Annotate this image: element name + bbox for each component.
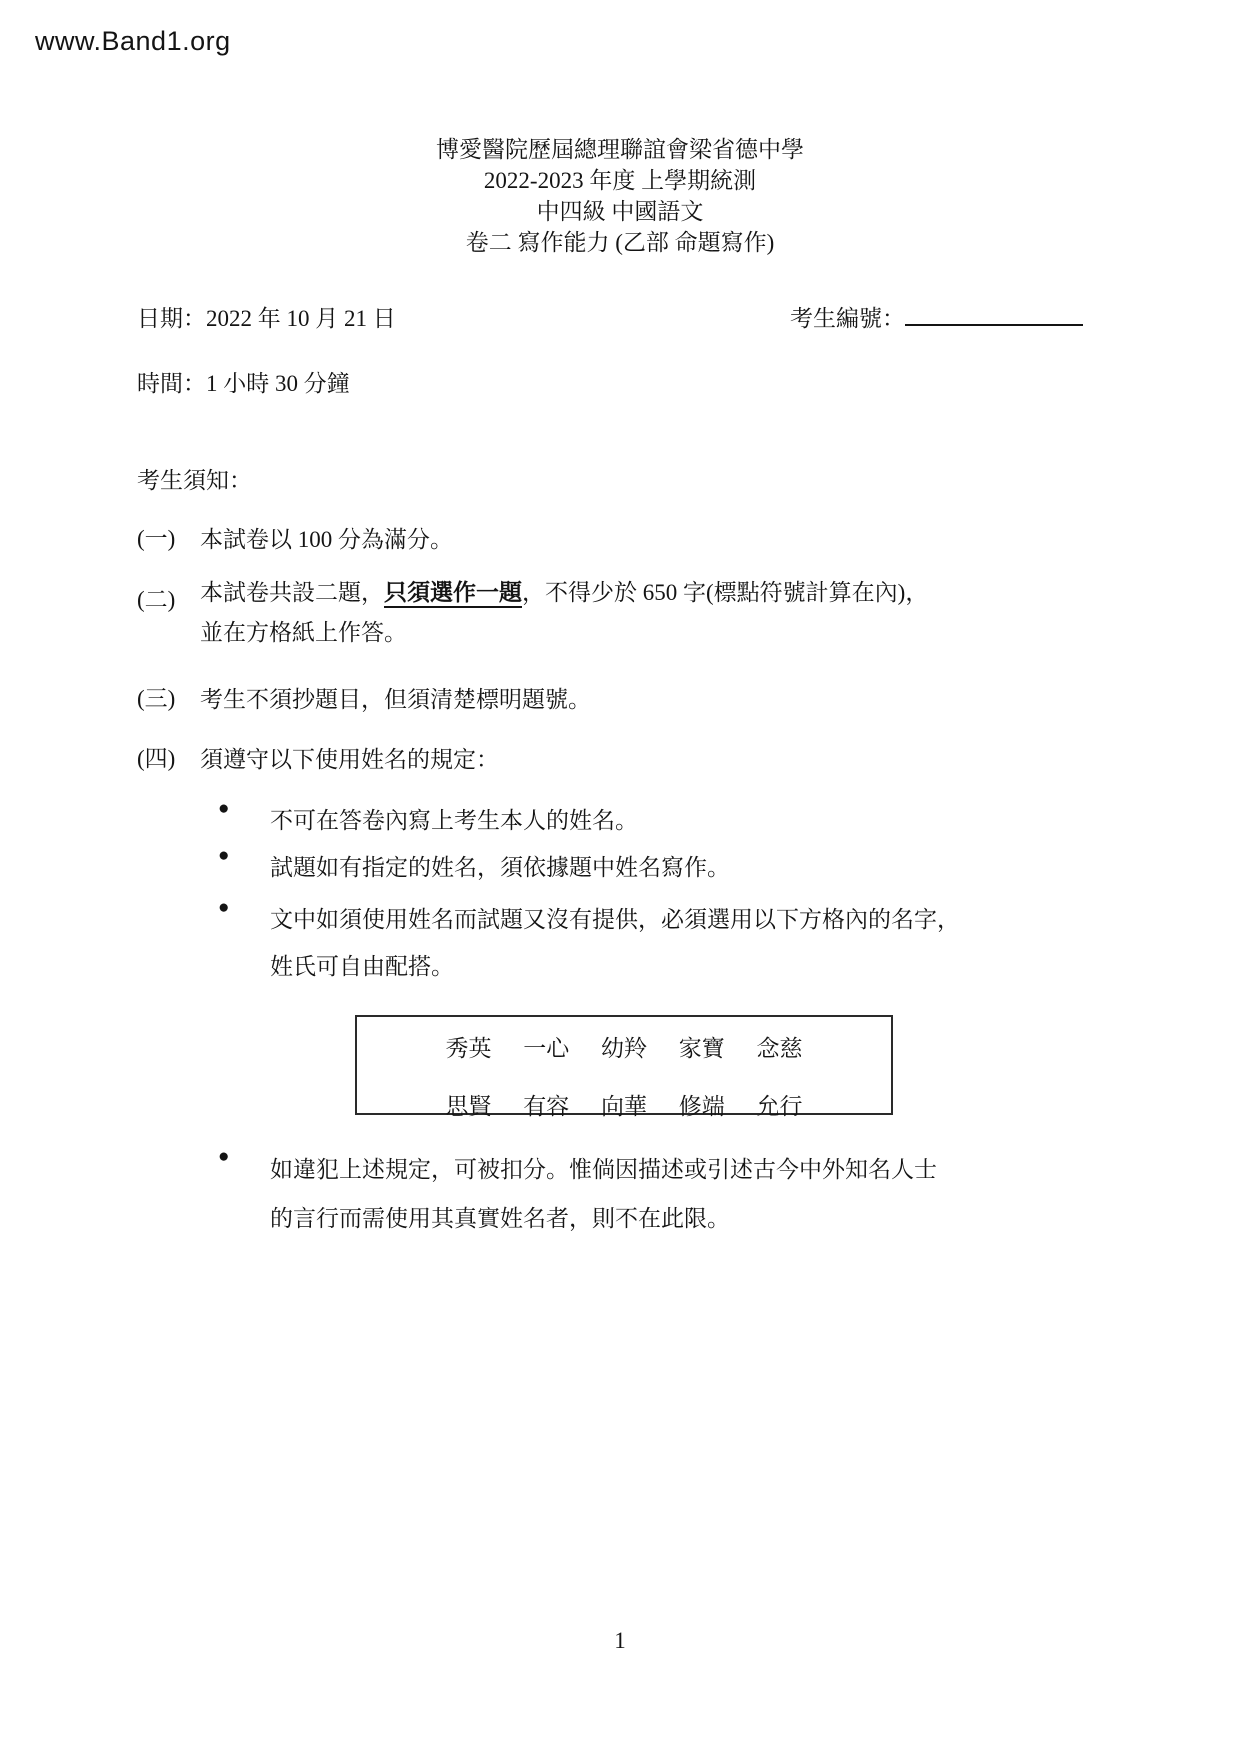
given-name: 向華 [601, 1088, 647, 1121]
given-name: 家寶 [679, 1030, 725, 1063]
candidate-number-blank [905, 300, 1083, 326]
names-row-1: 秀英 一心 幼羚 家寶 念慈 [357, 1030, 891, 1063]
given-name: 秀英 [446, 1030, 492, 1063]
notice-item-3: (三) 考生不須抄題目，但須清楚標明題號。 [137, 680, 591, 720]
class-subject: 中四級 中國語文 [0, 196, 1240, 227]
bullet-item-1: ● 不可在答卷內寫上考生本人的姓名。 [218, 797, 638, 844]
notice-heading: 考生須知： [137, 462, 252, 495]
bullet-text-line2: 的言行而需使用其真實姓名者，則不在此限。 [270, 1206, 730, 1231]
item-text-emphasis: 只須選作一題 [384, 580, 522, 608]
bullet-text: 不可在答卷內寫上考生本人的姓名。 [270, 797, 638, 844]
item-number: (三) [137, 680, 200, 720]
candidate-number-label: 考生編號： [790, 306, 905, 331]
given-name: 一心 [523, 1030, 569, 1063]
bullet-text-line1: 文中如須使用姓名而試題又沒有提供，必須選用以下方格內的名字， [270, 907, 960, 932]
school-name: 博愛醫院歷屆總理聯誼會梁省德中學 [0, 134, 1240, 165]
bullet-item-4: ● 如違犯上述規定，可被扣分。惟倘因描述或引述古今中外知名人士的言行而需使用其真… [218, 1145, 937, 1243]
names-row-2: 思賢 有容 向華 修端 允行 [357, 1088, 891, 1121]
exam-duration: 時間：1 小時 30 分鐘 [137, 365, 350, 398]
bullet-icon: ● [218, 845, 229, 867]
exam-session: 2022-2023 年度 上學期統測 [0, 165, 1240, 196]
item-text: 本試卷以 100 分為滿分。 [200, 520, 453, 560]
bullet-item-2: ● 試題如有指定的姓名，須依據題中姓名寫作。 [218, 844, 730, 891]
item-text-mid: ，不得少於 650 字(標點符號計算在內)， [522, 580, 928, 605]
bullet-icon: ● [218, 1146, 229, 1168]
given-name: 思賢 [446, 1088, 492, 1121]
bullet-icon: ● [218, 798, 229, 820]
exam-paper-page: www.Band1.org 博愛醫院歷屆總理聯誼會梁省德中學 2022-2023… [0, 0, 1240, 1754]
item-number: (四) [137, 740, 200, 780]
given-name: 幼羚 [601, 1030, 647, 1063]
item-number: (一) [137, 520, 200, 560]
exam-date: 日期：2022 年 10 月 21 日 [137, 300, 396, 333]
notice-item-2: (二) 本試卷共設二題，只須選作一題，不得少於 650 字(標點符號計算在內)，… [137, 581, 928, 653]
given-name: 允行 [757, 1088, 803, 1121]
item-text-pre: 本試卷共設二題， [200, 580, 384, 605]
given-name: 修端 [679, 1088, 725, 1121]
item-text: 須遵守以下使用姓名的規定： [200, 740, 499, 780]
item-number: (二) [137, 581, 200, 653]
bullet-text: 文中如須使用姓名而試題又沒有提供，必須選用以下方格內的名字，姓氏可自由配搭。 [270, 896, 960, 990]
bullet-item-3: ● 文中如須使用姓名而試題又沒有提供，必須選用以下方格內的名字，姓氏可自由配搭。 [218, 896, 960, 990]
bullet-icon: ● [218, 897, 229, 919]
title-block: 博愛醫院歷屆總理聯誼會梁省德中學 2022-2023 年度 上學期統測 中四級 … [0, 134, 1240, 258]
item-text: 考生不須抄題目，但須清楚標明題號。 [200, 680, 591, 720]
candidate-number: 考生編號： [790, 300, 1083, 333]
paper-title: 卷二 寫作能力 (乙部 命題寫作) [0, 227, 1240, 258]
notice-item-4: (四) 須遵守以下使用姓名的規定： [137, 740, 499, 780]
item-text-line2: 並在方格紙上作答。 [200, 620, 407, 645]
bullet-text: 試題如有指定的姓名，須依據題中姓名寫作。 [270, 844, 730, 891]
bullet-text-line1: 如違犯上述規定，可被扣分。惟倘因描述或引述古今中外知名人士 [270, 1157, 937, 1182]
item-text: 本試卷共設二題，只須選作一題，不得少於 650 字(標點符號計算在內)， 並在方… [200, 573, 928, 653]
bullet-text: 如違犯上述規定，可被扣分。惟倘因描述或引述古今中外知名人士的言行而需使用其真實姓… [270, 1145, 937, 1243]
allowed-names-box: 秀英 一心 幼羚 家寶 念慈 思賢 有容 向華 修端 允行 [355, 1015, 893, 1115]
given-name: 有容 [523, 1088, 569, 1121]
site-url: www.Band1.org [35, 26, 231, 57]
given-name: 念慈 [757, 1030, 803, 1063]
page-number: 1 [0, 1628, 1240, 1654]
notice-item-1: (一) 本試卷以 100 分為滿分。 [137, 520, 453, 560]
bullet-text-line2: 姓氏可自由配搭。 [270, 954, 454, 979]
